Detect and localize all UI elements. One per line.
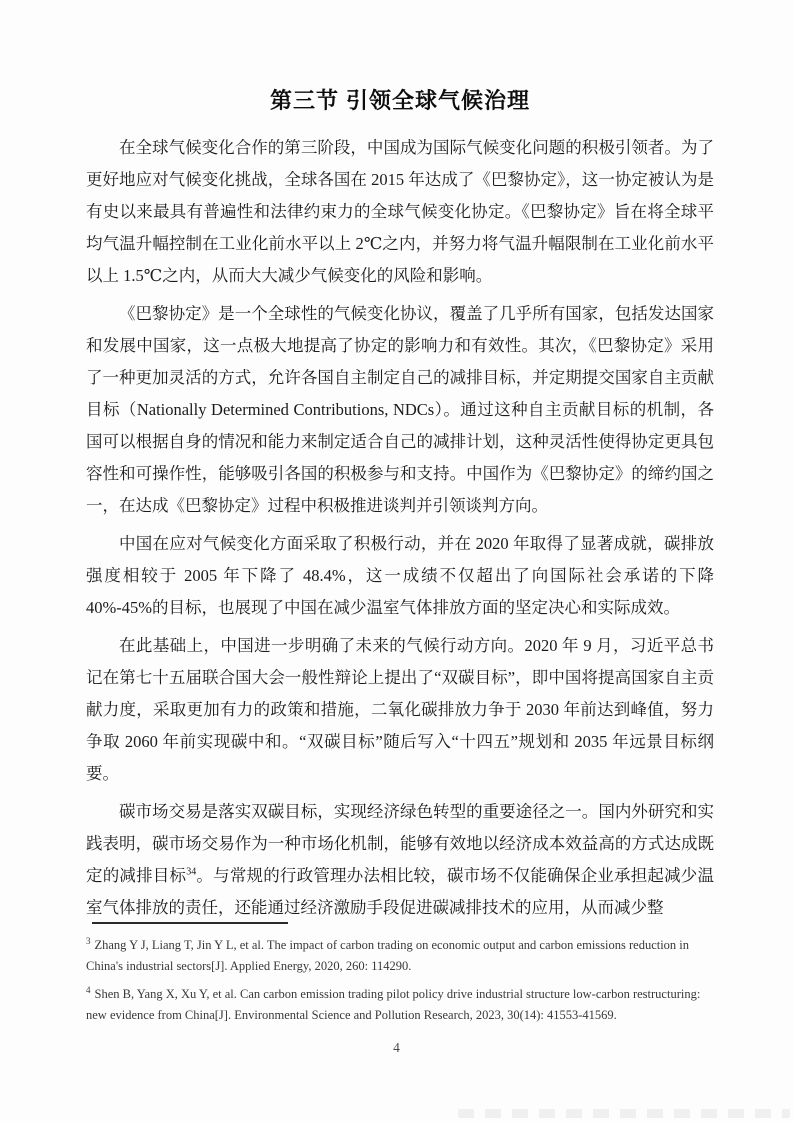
footnote-item: 4Shen B, Yang X, Xu Y, et al. Can carbon… — [86, 984, 714, 1026]
document-page: 第三节 引领全球气候治理 在全球气候变化合作的第三阶段，中国成为国际气候变化问题… — [0, 0, 793, 1121]
footnote-separator-rule — [92, 922, 288, 924]
body-paragraph: 《巴黎协定》是一个全球性的气候变化协议，覆盖了几乎所有国家，包括发达国家和发展中… — [86, 298, 714, 522]
body-paragraph: 中国在应对气候变化方面采取了积极行动，并在 2020 年取得了显著成就，碳排放强… — [86, 528, 714, 624]
body-paragraph: 在全球气候变化合作的第三阶段，中国成为国际气候变化问题的积极引领者。为了更好地应… — [86, 132, 714, 292]
body-text-block: 在全球气候变化合作的第三阶段，中国成为国际气候变化问题的积极引领者。为了更好地应… — [86, 132, 714, 924]
footnotes-section: 3Zhang Y J, Liang T, Jin Y L, et al. The… — [86, 922, 714, 1033]
footnote-text: Shen B, Yang X, Xu Y, et al. Can carbon … — [86, 987, 700, 1022]
footnote-text: Zhang Y J, Liang T, Jin Y L, et al. The … — [86, 938, 689, 973]
body-paragraph: 碳市场交易是落实双碳目标，实现经济绿色转型的重要途径之一。国内外研究和实践表明，… — [86, 796, 714, 924]
cutoff-text-remnant — [458, 1109, 790, 1118]
page-content: 第三节 引领全球气候治理 在全球气候变化合作的第三阶段，中国成为国际气候变化问题… — [86, 84, 714, 924]
page-number: 4 — [0, 1040, 793, 1056]
section-title: 第三节 引领全球气候治理 — [86, 84, 714, 115]
footnote-marker: 4 — [86, 985, 91, 995]
footnote-reference: 34 — [186, 867, 196, 878]
body-paragraph: 在此基础上，中国进一步明确了未来的气候行动方向。2020 年 9 月，习近平总书… — [86, 630, 714, 790]
footnote-marker: 3 — [86, 936, 91, 946]
footnote-item: 3Zhang Y J, Liang T, Jin Y L, et al. The… — [86, 935, 714, 977]
